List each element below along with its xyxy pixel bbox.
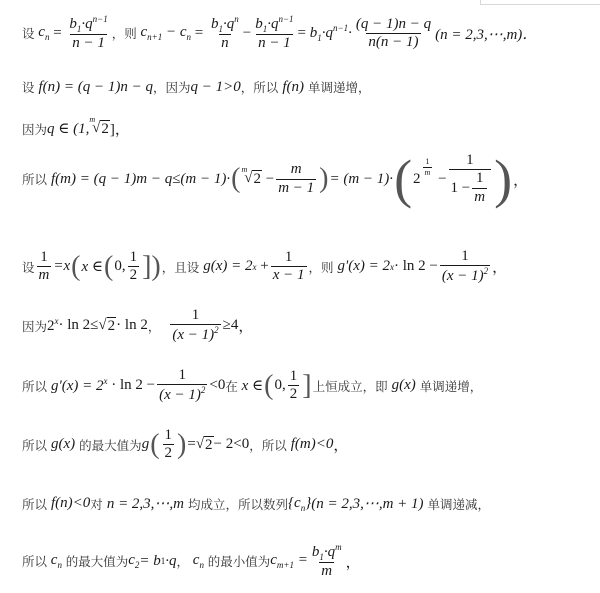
den: m <box>472 188 487 206</box>
close-bracket: ]， <box>110 118 130 139</box>
equation-line-10: 所以 cn 的最大值为 c2 = b1 ·q ， cn 的最小值为 cm+1 =… <box>22 542 361 581</box>
text: 因为 <box>22 317 47 335</box>
text: 设 <box>22 258 35 276</box>
text: 单调递增， <box>420 377 483 395</box>
expr-b: · ln 2 <box>116 317 148 334</box>
equation-line-9: 所以 f(n)<0 对 n = 2,3,⋯,m 均成立，所以数列 {cn} (n… <box>22 494 490 513</box>
range-n: (n = 2,3,⋯,m)． <box>435 23 537 44</box>
text-she: 设 <box>22 24 35 42</box>
equation-line-1: 设 cn = b1·qn−1 n − 1 ，则 cn+1 − cn = b1·q… <box>22 14 537 53</box>
expr-f-n-2: f(n) <box>282 79 304 96</box>
text: 设 <box>22 78 35 96</box>
text: 单调递增， <box>308 78 371 96</box>
text: ， <box>148 317 161 335</box>
text: ，因为 <box>153 78 191 96</box>
text: ，则 <box>309 258 334 276</box>
text-ze: ，则 <box>112 24 137 42</box>
text: 在 <box>225 377 238 395</box>
equation-line-2: 设 f(n) = (q − 1)n − q ，因为 q − 1>0 ，所以 f(… <box>22 78 371 96</box>
text: 的最小值为 <box>208 552 271 570</box>
fraction-cn-def: b1·qn−1 n − 1 <box>67 14 109 53</box>
expr-gprime: g'(x) = 2 <box>338 258 390 275</box>
text: ， <box>177 552 190 570</box>
num: 1 <box>474 170 486 187</box>
equation-line-5: 设 1m =x ( x ∈ ( 0, 12 ]) ，且设 g(x) = 2x +… <box>22 248 507 286</box>
end: ， <box>238 315 253 336</box>
text: 所以 <box>22 552 47 570</box>
expr-f-m: f(m) = (q − 1)m − q≤(m − 1)· <box>51 171 230 188</box>
expr-q: ·q <box>165 553 176 570</box>
text: 所以 <box>22 377 47 395</box>
expr-a: · ln 2≤ <box>59 317 99 334</box>
exponent-fraction: 1 m <box>423 157 433 176</box>
equation-line-8: 所以 g(x) 的最大值为 g ( 12 ) = √2 − 2<0 ，所以 f(… <box>22 427 348 463</box>
pow-base: 2 <box>413 171 421 188</box>
equation-line-4: 所以 f(m) = (q − 1)m − q≤(m − 1)· ( m√2 − … <box>22 152 528 206</box>
end: ， <box>492 256 507 277</box>
expr-q-in: q ∈ (1, <box>47 119 89 138</box>
fraction-1: b1·qn n <box>209 14 241 53</box>
radicand: 2 <box>100 120 110 138</box>
root-index: m <box>89 115 95 124</box>
end: ， <box>513 169 528 190</box>
text: 所以 <box>22 495 47 513</box>
equals: = <box>187 436 195 453</box>
expr-g: g(x) = 2 <box>203 258 252 275</box>
expr-f-n: f(n) = (q − 1)n − q <box>39 79 154 96</box>
text: 对 <box>90 495 103 513</box>
denominator: m − 1 <box>276 179 316 197</box>
text: 因为 <box>22 120 47 138</box>
exp-den: m <box>423 167 433 177</box>
fraction-nested: 1 1 − 1 m <box>449 152 492 206</box>
expr-mid: = (m − 1)· <box>329 171 393 188</box>
ln-term: · ln 2 − <box>394 258 438 275</box>
text: ，且设 <box>162 258 200 276</box>
numerator: 1 <box>464 152 476 169</box>
text: 所以 <box>22 170 47 188</box>
text: 的最大值为 <box>79 436 142 454</box>
expr-b: − 2<0 <box>214 436 250 453</box>
expr-f-n-lt: f(n)<0 <box>51 495 90 512</box>
expr-q-gt: q − 1>0 <box>191 79 241 96</box>
ge-four: ≥4 <box>223 317 239 334</box>
text: 均成立，所以数列 <box>188 495 288 513</box>
faded-box-edge <box>480 0 600 5</box>
den-a: 1 − <box>451 180 471 197</box>
equation-line-7: 所以 g'(x) = 2x · ln 2 − 1(x − 1)2 <0 在 x … <box>22 367 482 405</box>
text: 的最大值为 <box>66 552 129 570</box>
expr-b: = b <box>139 553 160 570</box>
exp-num: 1 <box>423 157 431 166</box>
text: ，所以 <box>249 436 287 454</box>
text: ，所以 <box>241 78 279 96</box>
end: ， <box>333 434 348 455</box>
nth-root: m√2 <box>89 120 110 138</box>
lt-zero: <0 <box>209 377 225 394</box>
end: ， <box>346 551 361 572</box>
fraction-m: m m − 1 <box>276 161 316 197</box>
fraction-3: (q − 1)n − q n(n − 1) <box>354 16 433 52</box>
numerator: m <box>289 161 304 178</box>
equation-line-6: 因为 2x · ln 2≤ √2 · ln 2 ， 1(x − 1)2 ≥4 ， <box>22 307 253 345</box>
expr-f-m-lt: f(m)<0 <box>291 436 334 453</box>
text: 上恒成立，即 <box>313 377 388 395</box>
expr-n-range-2: (n = 2,3,⋯,m + 1) <box>311 494 423 513</box>
c-n: cn <box>35 24 50 42</box>
text: 单调递减， <box>428 495 491 513</box>
fraction-2: b1·qn−1 n − 1 <box>253 14 295 53</box>
equation-line-3: 因为 q ∈ (1, m√2 ]， <box>22 118 130 139</box>
expr-n-range: n = 2,3,⋯,m <box>107 494 184 513</box>
text: 所以 <box>22 436 47 454</box>
